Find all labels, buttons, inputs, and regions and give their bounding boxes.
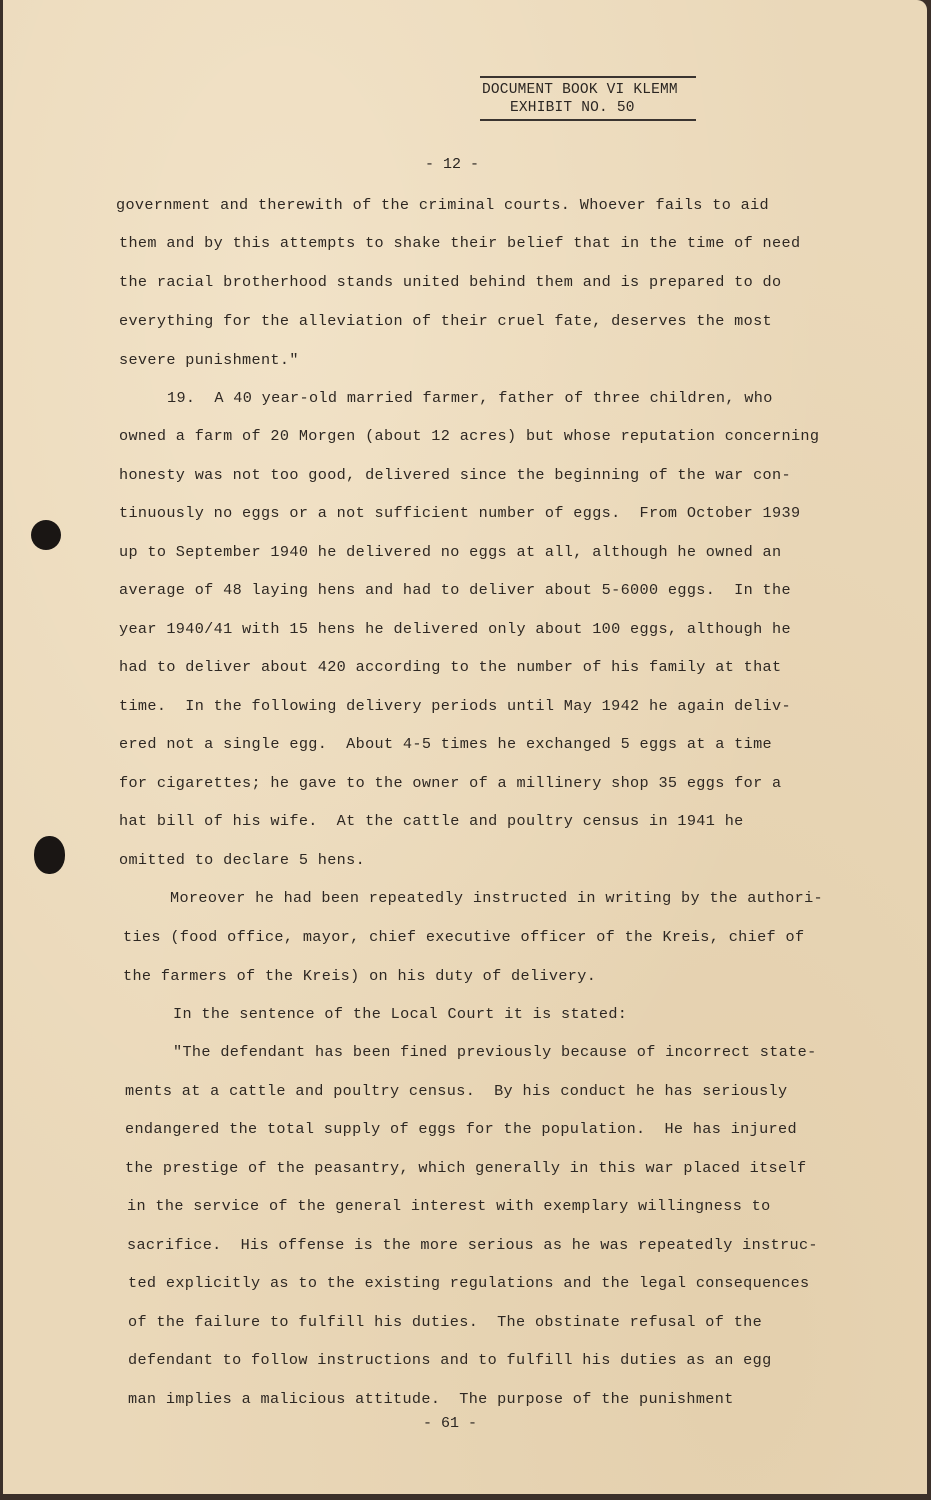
text-line: year 1940/41 with 15 hens he delivered o…	[119, 619, 791, 639]
text-line: defendant to follow instructions and to …	[128, 1350, 772, 1370]
text-line: hat bill of his wife. At the cattle and …	[119, 811, 744, 831]
text-line: honesty was not too good, delivered sinc…	[119, 465, 791, 485]
exhibit-label: DOCUMENT BOOK VI KLEMM EXHIBIT NO. 50	[480, 76, 696, 121]
text-line: average of 48 laying hens and had to del…	[119, 580, 791, 600]
text-line: 19. A 40 year-old married farmer, father…	[167, 388, 773, 408]
text-line: Moreover he had been repeatedly instruct…	[170, 888, 823, 908]
text-line: endangered the total supply of eggs for …	[125, 1119, 797, 1139]
text-line: sacrifice. His offense is the more serio…	[127, 1235, 818, 1255]
text-line: the prestige of the peasantry, which gen…	[125, 1158, 806, 1178]
text-line: the farmers of the Kreis) on his duty of…	[123, 966, 596, 986]
text-line: everything for the alleviation of their …	[119, 311, 772, 331]
text-line: had to deliver about 420 according to th…	[119, 657, 781, 677]
text-line: ered not a single egg. About 4-5 times h…	[119, 734, 772, 754]
text-line: In the sentence of the Local Court it is…	[173, 1004, 627, 1024]
text-line: "The defendant has been fined previously…	[173, 1042, 817, 1062]
text-line: severe punishment."	[119, 350, 299, 370]
text-line: up to September 1940 he delivered no egg…	[119, 542, 781, 562]
text-line: for cigarettes; he gave to the owner of …	[119, 773, 781, 793]
document-book-label: DOCUMENT BOOK VI KLEMM	[480, 81, 696, 99]
page-number-top: - 12 -	[425, 156, 479, 173]
text-line: tinuously no eggs or a not sufficient nu…	[119, 503, 800, 523]
text-line: of the failure to fulfill his duties. Th…	[128, 1312, 762, 1332]
punch-hole-icon	[31, 520, 61, 550]
text-line: them and by this attempts to shake their…	[119, 233, 800, 253]
page-number-bottom: - 61 -	[423, 1415, 477, 1432]
text-line: government and therewith of the criminal…	[116, 195, 769, 215]
text-line: ted explicitly as to the existing regula…	[128, 1273, 809, 1293]
document-page: DOCUMENT BOOK VI KLEMM EXHIBIT NO. 50 - …	[3, 0, 927, 1494]
text-line: ments at a cattle and poultry census. By…	[125, 1081, 787, 1101]
text-line: owned a farm of 20 Morgen (about 12 acre…	[119, 426, 819, 446]
text-line: time. In the following delivery periods …	[119, 696, 791, 716]
text-line: ties (food office, mayor, chief executiv…	[123, 927, 804, 947]
exhibit-number: EXHIBIT NO. 50	[480, 99, 696, 117]
text-line: man implies a malicious attitude. The pu…	[128, 1389, 734, 1409]
text-line: in the service of the general interest w…	[127, 1196, 771, 1216]
punch-hole-icon	[34, 836, 65, 874]
text-line: the racial brotherhood stands united beh…	[119, 272, 781, 292]
text-line: omitted to declare 5 hens.	[119, 850, 365, 870]
